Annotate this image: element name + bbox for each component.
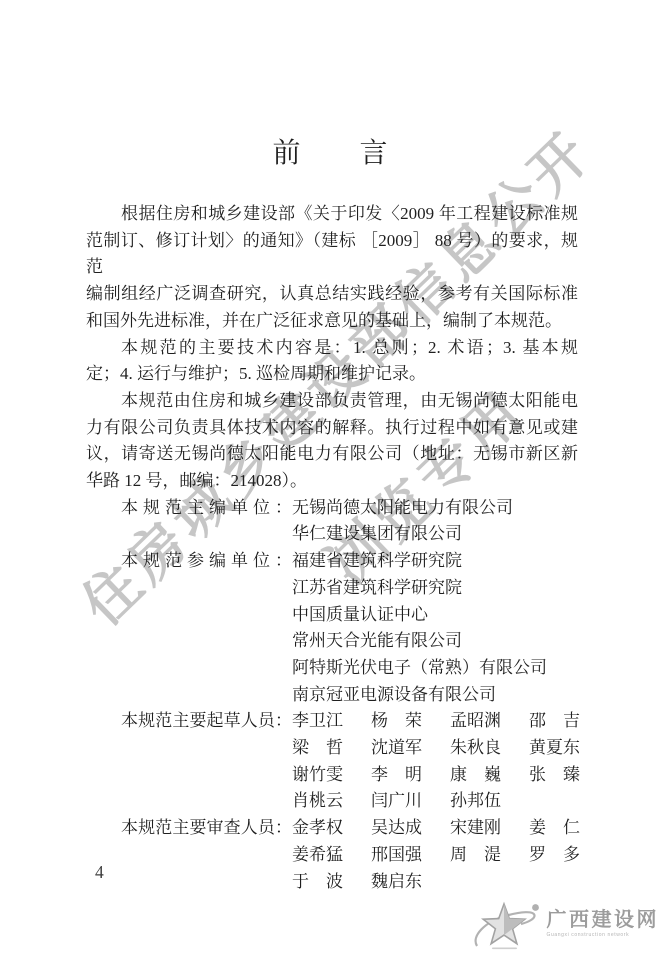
- logo-text-column: 广西建设网 Guangxi construction network: [547, 896, 660, 939]
- paragraph: 本规范的主要技术内容是：1. 总则；2. 术语；3. 基本规定；4. 运行与维护…: [86, 335, 578, 388]
- paragraph-line: 根据住房和城乡建设部《关于印发〈2009 年工程建设标准规: [86, 201, 578, 228]
- names-line: 姜希猛邢国强周 湜罗 多: [292, 842, 578, 869]
- credit-label: 本规范主要审查人员：: [121, 815, 292, 842]
- credit-value-line: 华仁建设集团有限公司: [292, 521, 578, 548]
- paragraph-line: 和国外先进标准，并在广泛征求意见的基础上，编制了本规范。: [86, 308, 578, 335]
- document-page: 住房城乡建设部信息公开 浏览专用 前 言 根据住房和城乡建设部《关于印发〈200…: [0, 0, 661, 958]
- names-line: 肖桃云闫广川孙邦伍: [292, 788, 578, 815]
- paragraph: 本规范由住房和城乡建设部负责管理，由无锡尚德太阳能电力有限公司负责具体技术内容的…: [86, 388, 578, 495]
- credit-row: 本规范主要起草人员：李卫江杨 荣孟昭渊邵 吉梁 哲沈道军朱秋良黄夏东谢竹雯李 明…: [86, 708, 578, 815]
- page-title: 前 言: [0, 131, 661, 171]
- person-name: 李 明: [371, 762, 450, 789]
- person-name: 杨 荣: [371, 708, 450, 735]
- credit-value-line: 福建省建筑科学研究院: [292, 548, 578, 575]
- person-name: 于 波: [292, 869, 371, 896]
- names-line: 梁 哲沈道军朱秋良黄夏东: [292, 735, 578, 762]
- page-number: 4: [95, 862, 104, 883]
- person-name: 张 臻: [529, 762, 608, 789]
- paragraph-line: 华路 12 号，邮编：214028）。: [86, 468, 578, 495]
- person-name: 宋建刚: [450, 815, 529, 842]
- person-name: 邢国强: [371, 842, 450, 869]
- person-name: 沈道军: [371, 735, 450, 762]
- credit-label: 本规范参编单位：: [121, 548, 292, 575]
- names-line: 李卫江杨 荣孟昭渊邵 吉: [292, 708, 578, 735]
- person-name: 肖桃云: [292, 788, 371, 815]
- paragraph-line: 议，请寄送无锡尚德太阳能电力有限公司（地址：无锡市新区新: [86, 441, 578, 468]
- logo-caption-placeholder: [492, 948, 517, 950]
- credit-value-line: 无锡尚德太阳能电力有限公司: [292, 495, 578, 522]
- credit-value-line: 南京冠亚电源设备有限公司: [292, 682, 578, 709]
- person-name: 邵 吉: [529, 708, 608, 735]
- person-name: 闫广川: [371, 788, 450, 815]
- credit-values: 无锡尚德太阳能电力有限公司华仁建设集团有限公司: [292, 495, 578, 548]
- person-name: 吴达成: [371, 815, 450, 842]
- credit-row: 本规范主要审查人员：金孝权吴达成宋建刚姜 仁姜希猛邢国强周 湜罗 多于 波魏启东: [86, 815, 578, 895]
- credit-value-line: 江苏省建筑科学研究院: [292, 575, 578, 602]
- credit-value-line: 常州天合光能有限公司: [292, 628, 578, 655]
- star-swoosh-icon: [471, 896, 543, 954]
- credit-row: 本规范参编单位：福建省建筑科学研究院江苏省建筑科学研究院中国质量认证中心常州天合…: [86, 548, 578, 708]
- logo-tagline: Guangxi construction network: [547, 932, 660, 939]
- person-name: 周 湜: [450, 842, 529, 869]
- credit-label: 本规范主要起草人员：: [121, 708, 292, 735]
- paragraph-line: 编制组经广泛调查研究，认真总结实践经验，参考有关国际标准: [86, 281, 578, 308]
- paragraph-line: 范制订、修订计划〉的通知》（建标 ［2009］ 88 号）的要求，规范: [86, 228, 578, 281]
- person-name: 孙邦伍: [450, 788, 529, 815]
- names-line: 谢竹雯李 明康 巍张 臻: [292, 762, 578, 789]
- paragraph-line: 本规范的主要技术内容是：1. 总则；2. 术语；3. 基本规: [86, 335, 578, 362]
- names-line: 于 波魏启东: [292, 869, 578, 896]
- credit-values: 金孝权吴达成宋建刚姜 仁姜希猛邢国强周 湜罗 多于 波魏启东: [292, 815, 578, 895]
- person-name: 姜希猛: [292, 842, 371, 869]
- credit-value-line: 阿特斯光伏电子（常熟）有限公司: [292, 655, 578, 682]
- credit-values: 福建省建筑科学研究院江苏省建筑科学研究院中国质量认证中心常州天合光能有限公司阿特…: [292, 548, 578, 708]
- logo-text: 广西建设网: [547, 908, 660, 932]
- names-line: 金孝权吴达成宋建刚姜 仁: [292, 815, 578, 842]
- paragraph-line: 本规范由住房和城乡建设部负责管理，由无锡尚德太阳能电: [86, 388, 578, 415]
- person-name: 黄夏东: [529, 735, 608, 762]
- paragraph-line: 定；4. 运行与维护；5. 巡检周期和维护记录。: [86, 361, 578, 388]
- paragraph: 根据住房和城乡建设部《关于印发〈2009 年工程建设标准规范制订、修订计划〉的通…: [86, 201, 578, 335]
- person-name: 魏启东: [371, 869, 450, 896]
- credit-value-line: 中国质量认证中心: [292, 602, 578, 629]
- person-name: 罗 多: [529, 842, 608, 869]
- person-name: 朱秋良: [450, 735, 529, 762]
- credit-row: 本规范主编单位：无锡尚德太阳能电力有限公司华仁建设集团有限公司: [86, 495, 578, 548]
- paragraph-line: 力有限公司负责具体技术内容的解释。执行过程中如有意见或建: [86, 415, 578, 442]
- person-name: 李卫江: [292, 708, 371, 735]
- person-name: 谢竹雯: [292, 762, 371, 789]
- person-name: 孟昭渊: [450, 708, 529, 735]
- site-logo: 广西建设网 Guangxi construction network: [471, 896, 660, 954]
- credit-values: 李卫江杨 荣孟昭渊邵 吉梁 哲沈道军朱秋良黄夏东谢竹雯李 明康 巍张 臻肖桃云闫…: [292, 708, 578, 815]
- document-body: 根据住房和城乡建设部《关于印发〈2009 年工程建设标准规范制订、修订计划〉的通…: [86, 201, 578, 895]
- person-name: 姜 仁: [529, 815, 608, 842]
- person-name: 康 巍: [450, 762, 529, 789]
- credit-label: 本规范主编单位：: [121, 495, 292, 522]
- person-name: 梁 哲: [292, 735, 371, 762]
- person-name: 金孝权: [292, 815, 371, 842]
